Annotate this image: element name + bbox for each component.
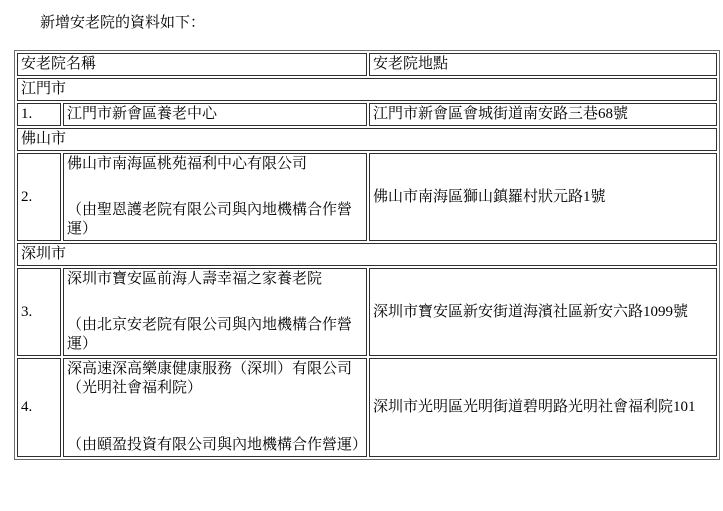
row-number: 3. xyxy=(17,268,61,356)
city-row-jiangmen: 江門市 xyxy=(17,78,717,101)
operator-note: （由頤盈投資有限公司與內地機構合作營運） xyxy=(67,436,363,455)
row-number: 1. xyxy=(17,103,61,126)
blank-line-spacer xyxy=(67,289,363,316)
home-name: 江門市新會區養老中心 xyxy=(63,103,367,126)
table-row: 1. 江門市新會區養老中心 江門市新會區會城街道南安路三巷68號 xyxy=(17,103,717,126)
city-label: 深圳市 xyxy=(17,243,717,266)
row-number: 4. xyxy=(17,358,61,457)
operator-note: （由北京安老院有限公司與內地機構合作營運） xyxy=(67,316,363,354)
blank-line-spacer xyxy=(67,174,363,201)
care-homes-table: 安老院名稱 安老院地點 江門市 1. 江門市新會區養老中心 江門市新會區會城街道… xyxy=(14,50,720,460)
header-row: 安老院名稱 安老院地點 xyxy=(17,53,717,76)
page-title: 新增安老院的資料如下： xyxy=(40,14,723,33)
table-row: 2. 佛山市南海區桃苑福利中心有限公司 （由聖恩護老院有限公司與內地機構合作營運… xyxy=(17,153,717,241)
home-name: 佛山市南海區桃苑福利中心有限公司 xyxy=(67,155,363,174)
header-home-name: 安老院名稱 xyxy=(17,53,367,76)
table-row: 3. 深圳市寶安區前海人壽幸福之家養老院 （由北京安老院有限公司與內地機構合作營… xyxy=(17,268,717,356)
header-home-location: 安老院地點 xyxy=(369,53,717,76)
home-address: 深圳市光明區光明街道碧明路光明社會福利院101 xyxy=(369,358,717,457)
city-label: 佛山市 xyxy=(17,128,717,151)
operator-note: （由聖恩護老院有限公司與內地機構合作營運） xyxy=(67,201,363,239)
home-address: 江門市新會區會城街道南安路三巷68號 xyxy=(369,103,717,126)
city-row-foshan: 佛山市 xyxy=(17,128,717,151)
home-name-cell: 深高速深高樂康健康服務（深圳）有限公司（光明社會福利院） （由頤盈投資有限公司與… xyxy=(63,358,367,457)
home-name: 深高速深高樂康健康服務（深圳）有限公司（光明社會福利院） xyxy=(67,360,363,398)
table-row: 4. 深高速深高樂康健康服務（深圳）有限公司（光明社會福利院） （由頤盈投資有限… xyxy=(17,358,717,457)
home-address: 佛山市南海區獅山鎮羅村狀元路1號 xyxy=(369,153,717,241)
home-name: 深圳市寶安區前海人壽幸福之家養老院 xyxy=(67,270,363,289)
row-number: 2. xyxy=(17,153,61,241)
city-row-shenzhen: 深圳市 xyxy=(17,243,717,266)
home-name-cell: 佛山市南海區桃苑福利中心有限公司 （由聖恩護老院有限公司與內地機構合作營運） xyxy=(63,153,367,241)
blank-line-spacer xyxy=(67,398,363,436)
home-name-cell: 深圳市寶安區前海人壽幸福之家養老院 （由北京安老院有限公司與內地機構合作營運） xyxy=(63,268,367,356)
city-label: 江門市 xyxy=(17,78,717,101)
home-address: 深圳市寶安區新安街道海濱社區新安六路1099號 xyxy=(369,268,717,356)
